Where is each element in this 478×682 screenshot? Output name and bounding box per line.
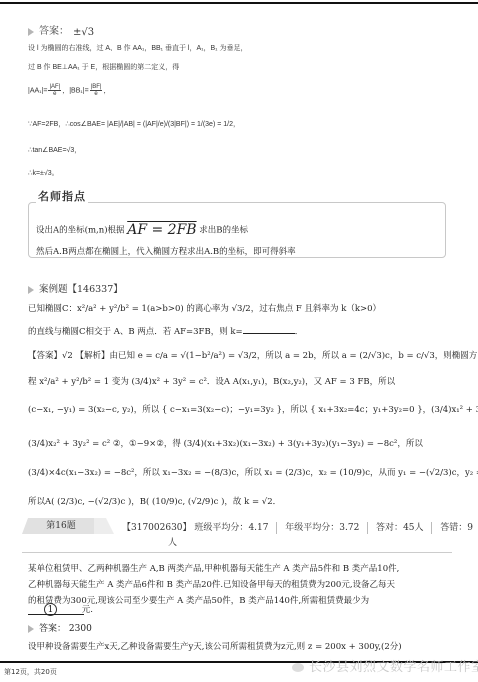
case-solution-line-6: 所以A( (2/3)c, −(√2/3)c )，B( (10/9)c, (√2/… (28, 495, 281, 507)
answer-blank (243, 333, 295, 334)
watermark: 长沙县刘烈文数学名师工作室 (292, 656, 478, 675)
answer-value: ±√3 (73, 27, 94, 38)
question-divider (22, 552, 452, 553)
correct-label: 答对： (376, 523, 403, 533)
wechat-icon (292, 663, 304, 672)
wrong-label: 答错： (440, 523, 467, 533)
tips-line-2: 然后A.B两点都在椭圆上，代入椭圆方程求出A.B的坐标，即可得斜率 (36, 245, 296, 257)
equation-aa1-bb1: |AA₁|=|AF|e，|BB₁|=|BF|e， (28, 84, 110, 97)
grade-avg-label: 年级平均分： (285, 523, 339, 533)
fraction: |AF|e (48, 84, 61, 97)
eq-text: ， (103, 87, 110, 94)
class-avg-value: 4.17 (248, 523, 268, 533)
equation-k: ∴k=±√3。 (28, 168, 59, 178)
divider (367, 522, 368, 534)
q16-solution: 设甲种设备需要生产x天,乙种设备需要生产y天,该公司所需租赁费为z元,则 z =… (28, 640, 402, 652)
case-heading-text: 案例题【146337】 (39, 284, 123, 295)
equation-tan-bae: ∴tan∠BAE=√3， (28, 145, 81, 155)
divider (276, 522, 277, 534)
tips-title: 名师指点 (36, 188, 88, 204)
case-solution-line-5: (3/4)×4c(x₁−3x₂) = −8c²，所以 x₁−3x₂ = −(8/… (28, 466, 478, 478)
numerator: |BF| (90, 84, 103, 91)
tips-text: 求出B的坐标 (199, 226, 248, 236)
numerator: |AF| (48, 84, 61, 91)
denominator: e (48, 91, 61, 97)
triangle-bullet-icon (28, 625, 34, 633)
case-solution-line-2: 程 x²/a² + y²/b² = 1 变为 (3/4)x² + 3y² = c… (28, 375, 395, 387)
document-page: 答案： ±√3 设 l 为椭圆的右准线，过 A、B 作 AA₁，BB₁ 垂直于 … (0, 0, 478, 682)
wrong-unit: 人 (168, 535, 177, 548)
denominator: e (90, 91, 103, 97)
divider (431, 522, 432, 534)
answer-heading: 答案： (28, 22, 69, 37)
watermark-text: 长沙县刘烈文数学名师工作室 (309, 660, 478, 675)
question-number-tab: 第16题 (22, 518, 100, 534)
answer-value: 2300 (69, 624, 92, 634)
grade-avg-value: 3.72 (339, 523, 359, 533)
case-heading: 案例题【146337】 (28, 281, 123, 295)
class-avg-label: 班级平均分： (194, 523, 248, 533)
triangle-bullet-icon (28, 28, 34, 36)
answer-label: 答案： (39, 624, 66, 634)
solution-line-2: 过 B 作 BE⊥AA₁ 于 E，根据椭圆的第二定义，得 (28, 62, 179, 72)
question-stats: 【317002630】 班级平均分：4.17 年级平均分：3.72 答对：45人… (122, 520, 473, 534)
question-16-header: 第16题 【317002630】 班级平均分：4.17 年级平均分：3.72 答… (22, 516, 452, 538)
case-solution-line-1: 【答案】√2 【解析】由已知 e = c/a = √(1−b²/a²) = √3… (28, 349, 477, 361)
problem-text: 的直线与椭圆C相交于 A、B 两点．若 AF=3FB，则 k= (28, 327, 243, 337)
question-text-line-1: 某单位租赁甲、乙两种机器生产 A,B 两类产品,甲种机器每天能生产 A 类产品5… (28, 562, 399, 574)
triangle-bullet-icon (28, 286, 34, 294)
case-problem-line-2: 的直线与椭圆C相交于 A、B 两点．若 AF=3FB，则 k=． (28, 325, 303, 337)
q16-answer: 答案： 2300 (28, 621, 92, 634)
tips-line-1: 设出A的坐标(m,n)根据 AF = 2FB 求出B的坐标 (36, 222, 248, 238)
eq-text: ，|BB₁|= (62, 87, 88, 94)
case-solution-line-4: (3/4)x₂² + 3y₂² = c² ②，①−9×②，得 (3/4)(x₁+… (28, 437, 423, 449)
question-text-line-2: 乙种机器每天能生产 A 类产品6件和 B 类产品20件.已知设备甲每天的租赁费为… (28, 578, 395, 590)
tips-text: 设出A的坐标(m,n)根据 (36, 226, 125, 236)
tab-decoration (94, 518, 114, 534)
case-solution-line-3: (c−x₁, −y₁) = 3(x₂−c, y₂)，所以 { c−x₁=3(x₂… (28, 403, 478, 415)
eq-text: |AA₁|= (28, 87, 47, 94)
problem-text: ． (295, 327, 304, 337)
wrong-value: 9 (467, 523, 473, 533)
blank-underline (28, 614, 84, 615)
question-id: 【317002630】 (122, 523, 192, 533)
fraction: |BF|e (90, 84, 103, 97)
header-rule (0, 2, 478, 4)
answer-label: 答案： (39, 26, 69, 37)
case-problem-line-1: 已知椭圆C：x²/a² + y²/b² = 1(a>b>0) 的离心率为 √3/… (28, 302, 381, 314)
vector-formula: AF = 2FB (127, 222, 196, 238)
page-number: 第12页，共20页 (4, 667, 57, 677)
solution-line-1: 设 l 为椭圆的右准线，过 A、B 作 AA₁，BB₁ 垂直于 l，A₁，B₁ … (28, 43, 247, 53)
correct-value: 45人 (403, 523, 423, 533)
equation-cos-bae: ∵AF=2FB，∴cos∠BAE= |AE|/|AB| = (|AF|/e)/(… (28, 119, 240, 129)
